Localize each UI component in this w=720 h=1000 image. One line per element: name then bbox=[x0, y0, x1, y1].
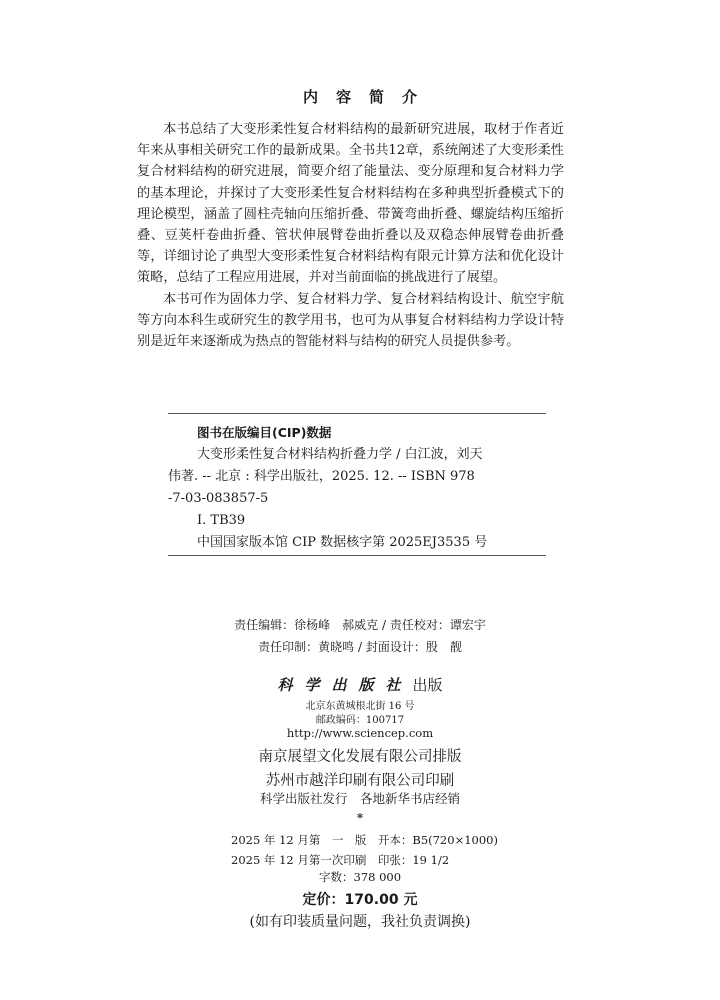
publisher-suffix: 出版 bbox=[413, 676, 443, 694]
cip-block: 图书在版编目(CIP)数据 大变形柔性复合材料结构折叠力学 / 白江波，刘天 伟… bbox=[168, 422, 546, 554]
summary-body: 本书总结了大变形柔性复合材料结构的最新研究进展，取材于作者近年来从事相关研究工作… bbox=[137, 119, 564, 352]
publisher-address: 北京东黄城根北街 16 号 bbox=[0, 697, 720, 712]
cip-top-rule bbox=[168, 413, 546, 414]
edition-line: 2025 年 12 月第 一 版 开本：B5(720×1000) bbox=[231, 830, 498, 850]
typesetter-line: 南京展望文化发展有限公司排版 bbox=[0, 745, 720, 766]
cip-author-line: 伟著. -- 北京 : 科学出版社，2025. 12. -- ISBN 978 bbox=[168, 466, 546, 488]
distribution-line: 科学出版社发行 各地新华书店经销 bbox=[0, 789, 720, 807]
cip-isbn-line: -7-03-083857-5 bbox=[168, 488, 546, 510]
publisher-url: http://www.sciencep.com bbox=[0, 726, 720, 740]
price: 定价：170.00 元 bbox=[0, 889, 720, 909]
replacement-note: (如有印装质量问题，我社负责调换) bbox=[0, 911, 720, 931]
cip-heading: 图书在版编目(CIP)数据 bbox=[168, 422, 546, 444]
summary-paragraph: 本书总结了大变形柔性复合材料结构的最新研究进展，取材于作者近年来从事相关研究工作… bbox=[137, 119, 564, 289]
publisher-name: 科学出版社 bbox=[277, 676, 412, 694]
word-count: 字数：378 000 bbox=[0, 869, 720, 885]
cip-classification: Ⅰ. TB39 bbox=[168, 510, 546, 532]
summary-paragraph: 本书可作为固体力学、复合材料力学、复合材料结构设计、航空宇航等方向本科生或研究生… bbox=[137, 289, 564, 353]
printer-line: 苏州市越洋印刷有限公司印刷 bbox=[0, 769, 720, 790]
summary-title: 内容简介 bbox=[0, 86, 720, 107]
publisher-line: 科学出版社出版 bbox=[0, 674, 720, 695]
cip-record-number: 中国国家版本馆 CIP 数据核字第 2025EJ3535 号 bbox=[168, 532, 546, 554]
staff-credits: 责任编辑：徐杨峰 郝威克 / 责任校对：谭宏宇 责任印制：黄晓鸣 / 封面设计：… bbox=[0, 614, 720, 658]
separator-asterisk: * bbox=[0, 811, 720, 825]
printing-line: 2025 年 12 月第一次印刷 印张：19 1/2 bbox=[231, 850, 449, 870]
publisher-postcode: 邮政编码：100717 bbox=[0, 711, 720, 726]
cip-bottom-rule bbox=[168, 555, 546, 556]
staff-line-editors: 责任编辑：徐杨峰 郝威克 / 责任校对：谭宏宇 bbox=[0, 614, 720, 636]
staff-line-production: 责任印制：黄晓鸣 / 封面设计：殷 靓 bbox=[0, 636, 720, 658]
cip-title-line: 大变形柔性复合材料结构折叠力学 / 白江波，刘天 bbox=[168, 444, 546, 466]
